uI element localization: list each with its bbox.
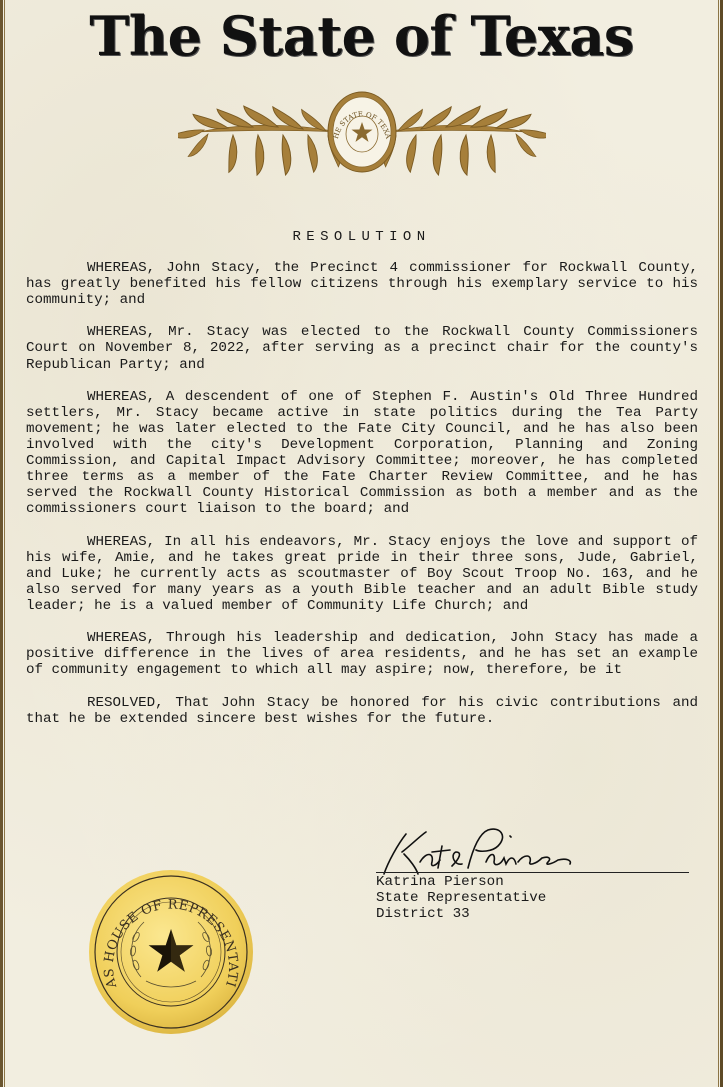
signer-district: District 33: [376, 906, 546, 922]
page-border-left: [0, 0, 6, 1087]
page-border-right: [717, 0, 723, 1087]
whereas-paragraph-5: WHEREAS, Through his leadership and dedi…: [26, 630, 698, 678]
whereas-paragraph-4: WHEREAS, In all his endeavors, Mr. Stacy…: [26, 534, 698, 614]
document-type-heading: RESOLUTION: [0, 229, 723, 245]
resolved-paragraph: RESOLVED, That John Stacy be honored for…: [26, 695, 698, 727]
state-seal-ornament-icon: THE STATE OF TEXAS: [178, 82, 546, 182]
resolution-page: The State of Texas: [0, 0, 723, 1087]
resolution-body: WHEREAS, John Stacy, the Precinct 4 comm…: [26, 260, 698, 743]
texas-house-seal-icon: TEXAS HOUSE OF REPRESENTATIVES: [86, 867, 256, 1037]
handwritten-signature-icon: [376, 822, 646, 882]
whereas-paragraph-2: WHEREAS, Mr. Stacy was elected to the Ro…: [26, 324, 698, 372]
page-title: The State of Texas: [0, 4, 723, 68]
whereas-paragraph-3: WHEREAS, A descendent of one of Stephen …: [26, 389, 698, 518]
signer-info: Katrina Pierson State Representative Dis…: [376, 874, 546, 922]
signature-line: [376, 872, 689, 873]
whereas-paragraph-1: WHEREAS, John Stacy, the Precinct 4 comm…: [26, 260, 698, 308]
signer-title: State Representative: [376, 890, 546, 906]
signer-name: Katrina Pierson: [376, 874, 546, 890]
